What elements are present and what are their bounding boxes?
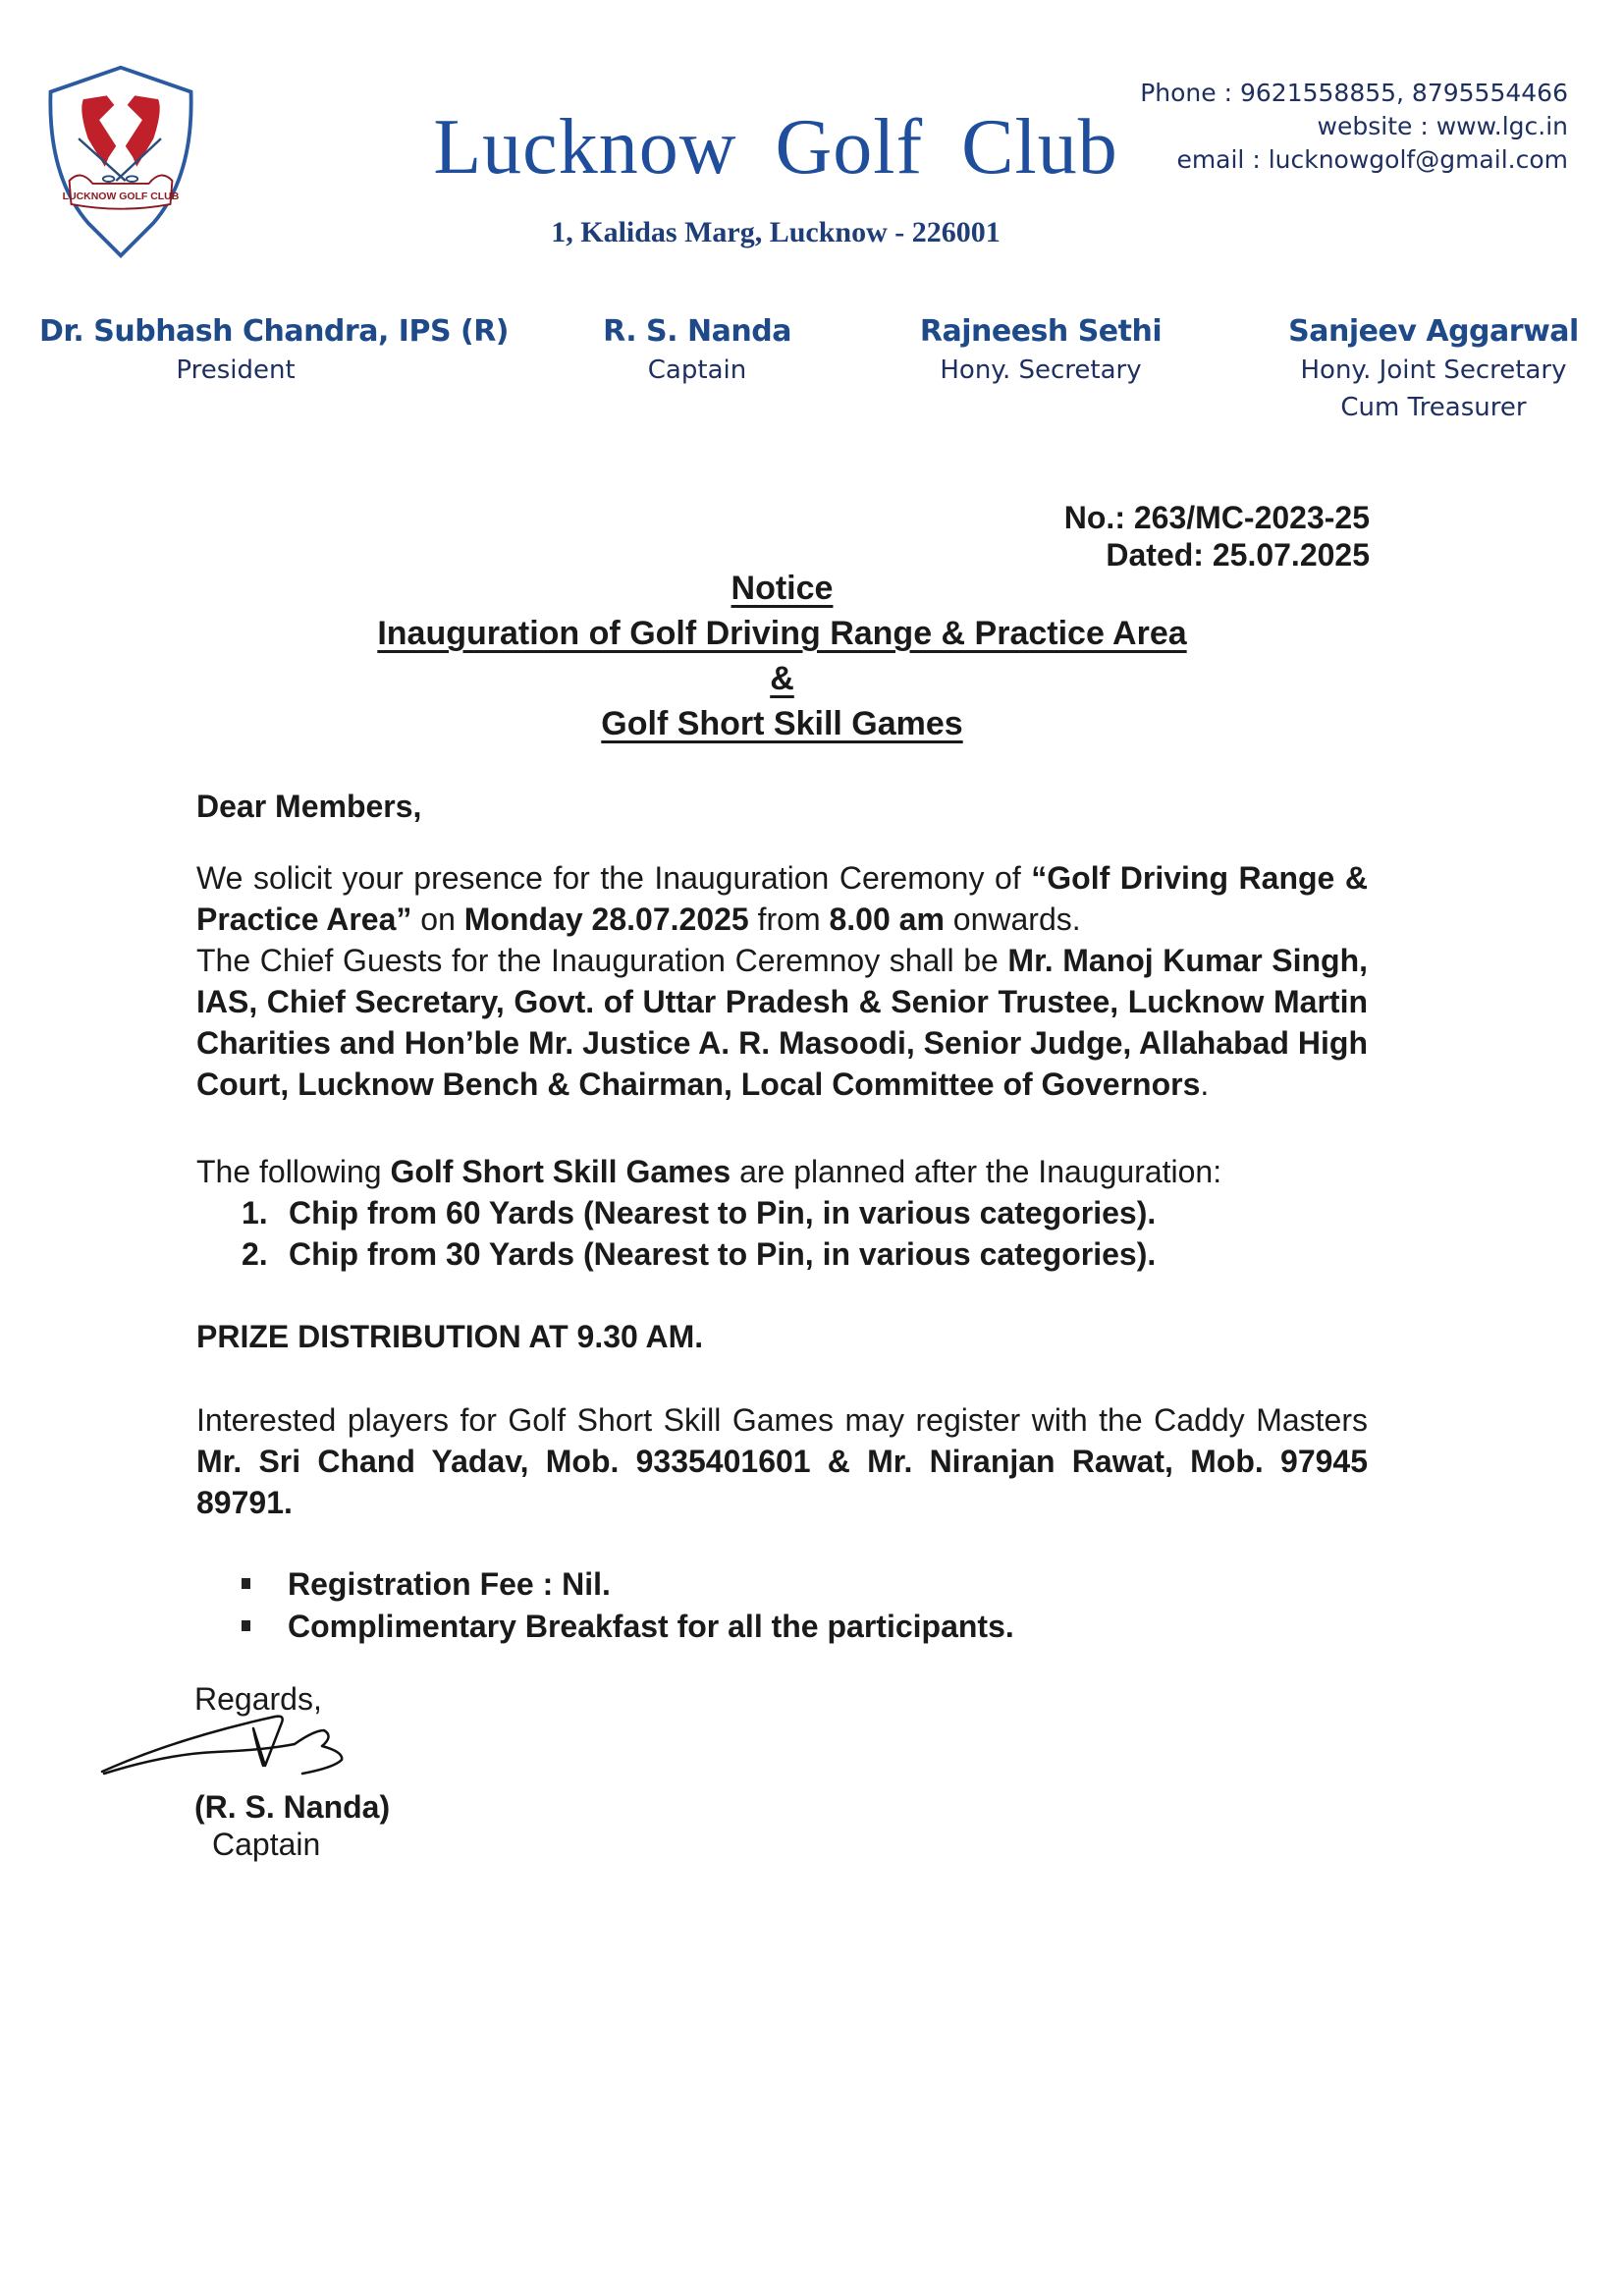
text: on bbox=[411, 902, 463, 937]
text: are planned after the Inauguration: bbox=[731, 1154, 1221, 1189]
event-date: Monday 28.07.2025 bbox=[464, 902, 749, 937]
contact-email[interactable]: email : lucknowgolf@gmail.com bbox=[1080, 143, 1568, 177]
list-text: Complimentary Breakfast for all the part… bbox=[288, 1609, 1014, 1644]
contact-phone: Phone : 9621558855, 8795554466 bbox=[1080, 77, 1568, 110]
list-text: Chip from 60 Yards (Nearest to Pin, in v… bbox=[289, 1195, 1156, 1230]
officer-role: Hony. Joint Secretary bbox=[1276, 352, 1591, 389]
list-item: Registration Fee : Nil. bbox=[242, 1563, 611, 1605]
caddy-master-contacts: Mr. Sri Chand Yadav, Mob. 9335401601 & M… bbox=[196, 1444, 1368, 1520]
signer-role: Captain bbox=[212, 1827, 320, 1863]
reference-number: No.: 263/MC-2023-25 bbox=[884, 499, 1370, 536]
prize-distribution: PRIZE DISTRIBUTION AT 9.30 AM. bbox=[196, 1316, 1368, 1357]
list-item: Complimentary Breakfast for all the part… bbox=[242, 1606, 1014, 1647]
event-time: 8.00 am bbox=[829, 902, 944, 937]
contact-website[interactable]: website : www.lgc.in bbox=[1080, 110, 1568, 143]
text: The Chief Guests for the Inauguration Ce… bbox=[196, 943, 1007, 978]
officer-president: Dr. Subhash Chandra, IPS (R) President bbox=[39, 312, 432, 389]
bullet-square-icon bbox=[242, 1578, 250, 1589]
games-name: Golf Short Skill Games bbox=[390, 1154, 731, 1189]
notice-subtitle: Golf Short Skill Games bbox=[196, 705, 1368, 743]
notice-title: Inauguration of Golf Driving Range & Pra… bbox=[196, 615, 1368, 653]
club-logo-icon: LUCKNOW GOLF CLUB bbox=[41, 59, 200, 265]
officer-secretary: Rajneesh Sethi Hony. Secretary bbox=[884, 312, 1198, 389]
games-intro: The following Golf Short Skill Games are… bbox=[196, 1151, 1368, 1192]
signer-name: (R. S. Nanda) bbox=[194, 1789, 390, 1826]
salutation: Dear Members, bbox=[196, 786, 1368, 827]
officer-role: Captain bbox=[579, 352, 815, 389]
officer-role: President bbox=[39, 352, 432, 389]
bullet-square-icon bbox=[242, 1620, 250, 1631]
reference-block: No.: 263/MC-2023-25 Dated: 25.07.2025 bbox=[884, 499, 1370, 574]
signature-icon bbox=[98, 1709, 373, 1797]
officer-name: Sanjeev Aggarwal bbox=[1276, 312, 1591, 352]
list-item: 1.Chip from 60 Yards (Nearest to Pin, in… bbox=[242, 1192, 1156, 1233]
club-name: Lucknow Golf Club bbox=[432, 108, 1119, 187]
notice-heading: Notice bbox=[196, 570, 1368, 608]
officer-name: Rajneesh Sethi bbox=[884, 312, 1198, 352]
reference-date: Dated: 25.07.2025 bbox=[884, 536, 1370, 574]
list-text: Chip from 30 Yards (Nearest to Pin, in v… bbox=[289, 1236, 1156, 1272]
text: from bbox=[749, 902, 830, 937]
officer-name: Dr. Subhash Chandra, IPS (R) bbox=[39, 312, 432, 352]
officer-name: R. S. Nanda bbox=[579, 312, 815, 352]
list-number: 1. bbox=[242, 1192, 289, 1233]
list-item: 2.Chip from 30 Yards (Nearest to Pin, in… bbox=[242, 1233, 1156, 1275]
contact-block: Phone : 9621558855, 8795554466 website :… bbox=[1080, 77, 1568, 177]
officer-joint-secretary: Sanjeev Aggarwal Hony. Joint Secretary C… bbox=[1276, 312, 1591, 426]
officer-role: Hony. Secretary bbox=[884, 352, 1198, 389]
officer-captain: R. S. Nanda Captain bbox=[579, 312, 815, 389]
invitation-paragraph: We solicit your presence for the Inaugur… bbox=[196, 857, 1368, 1105]
list-number: 2. bbox=[242, 1233, 289, 1275]
notice-title-ampersand: & bbox=[196, 660, 1368, 698]
text: onwards. bbox=[945, 902, 1081, 937]
text: Interested players for Golf Short Skill … bbox=[196, 1402, 1368, 1438]
registration-paragraph: Interested players for Golf Short Skill … bbox=[196, 1399, 1368, 1523]
svg-text:LUCKNOW GOLF CLUB: LUCKNOW GOLF CLUB bbox=[63, 191, 180, 202]
text: The following bbox=[196, 1154, 390, 1189]
officer-role-secondary: Cum Treasurer bbox=[1276, 389, 1591, 426]
list-text: Registration Fee : Nil. bbox=[288, 1566, 611, 1602]
text: . bbox=[1200, 1066, 1209, 1102]
text: We solicit your presence for the Inaugur… bbox=[196, 860, 1031, 896]
club-address: 1, Kalidas Marg, Lucknow - 226001 bbox=[432, 216, 1119, 249]
